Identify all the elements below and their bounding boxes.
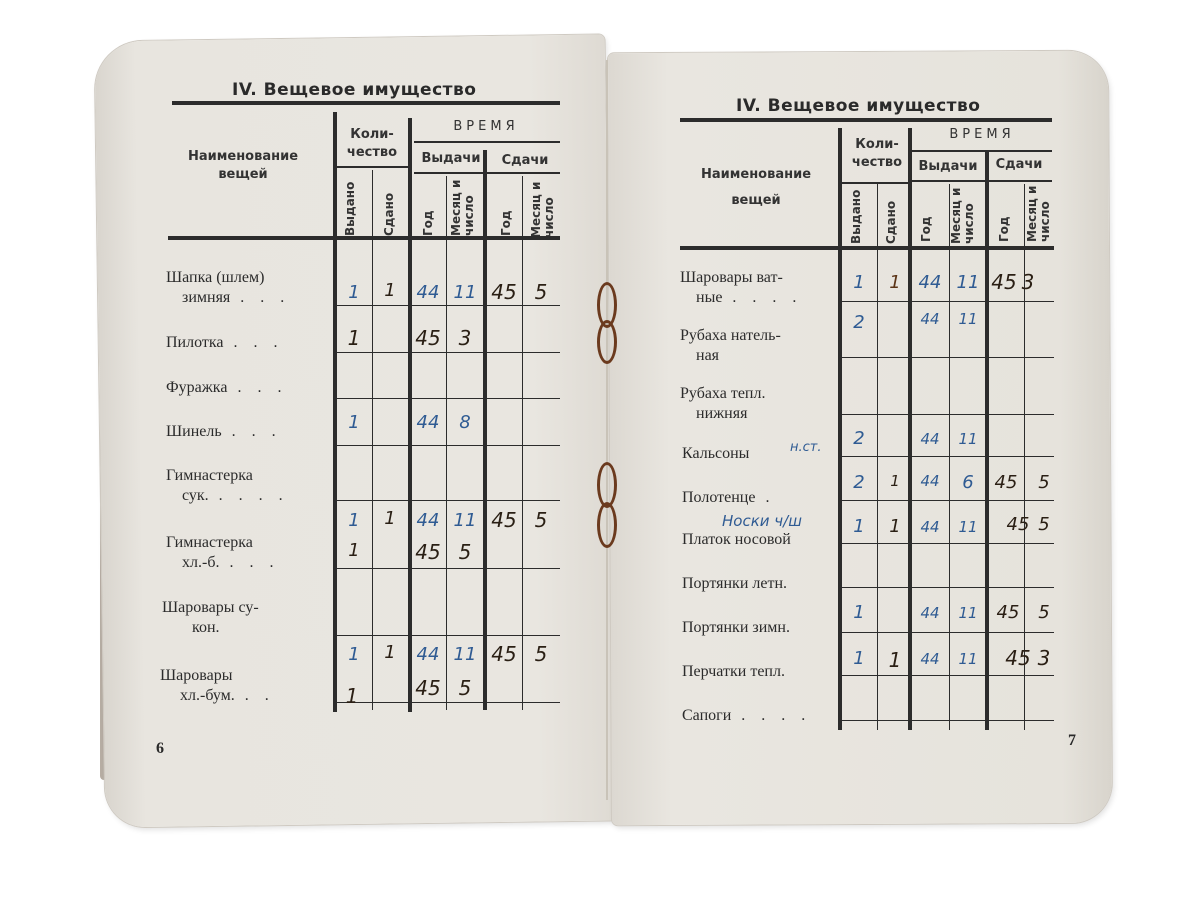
right-header-divider (912, 180, 1052, 182)
left-item-name: Фуражка . . . (166, 378, 287, 397)
right-header-name: Наименование вещей (676, 166, 836, 210)
cell-ret-md: 5 (523, 280, 559, 304)
cell-iss-year: 44 (912, 272, 948, 293)
left-header-ret-year: Год (500, 200, 513, 236)
cell-issued: 1 (841, 602, 877, 623)
left-item-name: сук. . . . . (182, 486, 289, 505)
left-row-line (336, 500, 560, 501)
cell-issued: 2 (841, 312, 877, 333)
cell-iss-md: 5 (447, 540, 483, 564)
right-header-divider (840, 182, 908, 184)
right-header-ret-year: Год (998, 206, 1011, 242)
right-header-returned: Сдано (885, 186, 898, 244)
page-gutter (606, 60, 608, 800)
cell-iss-year: 44 (912, 518, 948, 536)
cell-iss-year: 45 (410, 540, 446, 564)
cell-iss-year: 44 (912, 430, 948, 448)
cell-iss-year: 44 (410, 510, 446, 531)
cell-iss-year: 44 (912, 472, 948, 490)
cell-issued: 1 (336, 326, 372, 350)
cell-ret-md: 3 (1010, 270, 1046, 294)
left-item-name: Шапка (шлем) (166, 268, 264, 287)
right-item-name: ные . . . . (696, 288, 802, 307)
cell-iss-year: 44 (912, 650, 948, 668)
left-header-quantity: Коли- чество (336, 126, 408, 162)
cell-issued: 2 (841, 472, 877, 493)
right-header-divider (912, 150, 1052, 152)
left-col-divider (446, 176, 447, 710)
left-header-divider (336, 166, 408, 168)
cell-iss-md: 8 (447, 412, 483, 433)
cell-issued: 1 (336, 412, 372, 433)
left-header-divider (414, 172, 560, 174)
leader-dots: . . . (230, 289, 290, 306)
right-item-name: Платок носовой (682, 530, 791, 549)
right-section-title: IV. Вещевое имущество (736, 96, 980, 116)
header-name-line1: Наименование (168, 148, 318, 166)
left-row-line (336, 398, 560, 399)
cell-iss-year: 44 (912, 310, 948, 328)
right-col-divider (949, 184, 950, 730)
cell-iss-year: 44 (410, 644, 446, 665)
cell-ret-md: 5 (1026, 602, 1062, 623)
left-header-divider (414, 141, 560, 143)
cell-issued: 1 (841, 272, 877, 293)
right-item-name: Сапоги . . . . (682, 706, 811, 725)
left-item-name: хл.-б. . . . (182, 553, 279, 572)
left-col-divider (483, 150, 487, 710)
right-header-quantity: Коли- чество (846, 136, 908, 172)
left-row-line (336, 635, 560, 636)
right-header-bottom-rule (680, 246, 1054, 250)
cell-returned: 1 (877, 472, 913, 490)
cell-ret-year: 45 (486, 642, 522, 666)
left-row-line (336, 352, 560, 353)
cell-issued: 2 (841, 428, 877, 449)
left-section-title: IV. Вещевое имущество (232, 80, 476, 100)
left-item-name: кон. (192, 618, 220, 637)
cell-iss-md: 11 (447, 644, 483, 665)
left-header-iss-md: Месяц и число (450, 168, 476, 236)
header-quantity-line1: Коли- (336, 126, 408, 144)
left-header-ret-md: Месяц и число (530, 176, 556, 238)
cell-iss-year: 44 (410, 412, 446, 433)
right-header-iss-md: Месяц и число (950, 176, 976, 244)
right-row-line (842, 357, 1054, 358)
right-row-line (842, 632, 1054, 633)
cell-iss-year: 45 (410, 326, 446, 350)
right-item-name: Рубаха тепл. (680, 384, 765, 403)
left-header-return-time: Сдачи (490, 152, 560, 170)
cell-iss-md: 11 (950, 310, 986, 328)
right-row-line (842, 587, 1054, 588)
binding-stitch-upper-icon (597, 320, 617, 364)
right-title-rule (680, 118, 1052, 122)
header-name-line2: вещей (168, 166, 318, 184)
right-item-name: Рубаха натель- (680, 326, 781, 345)
cell-issued: 1 (334, 684, 370, 708)
right-item-name: Кальсоны (682, 444, 749, 463)
left-page-number: 6 (156, 740, 164, 758)
cell-ret-year: 45 (990, 602, 1026, 623)
left-item-name: Шаровары (160, 666, 232, 685)
cell-ret-md: 5 (1026, 514, 1062, 535)
cell-iss-md: 11 (950, 604, 986, 622)
right-item-name: Полотенце . (682, 488, 775, 507)
right-header-issue-time: Выдачи (910, 158, 986, 176)
left-row-line (336, 568, 560, 569)
left-item-name: зимняя . . . (182, 288, 290, 307)
cell-ret-md: 5 (523, 642, 559, 666)
handwritten-note: Носки ч/ш (722, 512, 802, 530)
handwritten-note: н.ст. (790, 440, 821, 455)
right-header-iss-year: Год (920, 206, 933, 242)
right-item-name: Перчатки тепл. (682, 662, 785, 681)
left-header-issued: Выдано (344, 178, 357, 236)
cell-issued: 1 (336, 282, 372, 303)
right-header-time: ВРЕМЯ (912, 126, 1052, 144)
left-item-name: Пилотка . . . (166, 333, 284, 352)
cell-returned: 1 (877, 272, 913, 293)
header-quantity-line2: чество (846, 154, 908, 172)
cell-issued: 1 (336, 510, 372, 531)
left-item-name: Гимнастерка (166, 466, 253, 485)
cell-returned: 1 (372, 508, 408, 529)
left-header-name: Наименование вещей (168, 148, 318, 184)
right-page-number: 7 (1068, 732, 1076, 750)
left-row-line (336, 305, 560, 306)
cell-iss-md: 11 (950, 430, 986, 448)
cell-returned: 1 (877, 648, 913, 672)
left-header-bottom-rule (168, 236, 560, 240)
cell-iss-md: 5 (447, 676, 483, 700)
header-quantity-line2: чество (336, 144, 408, 162)
cell-iss-year: 44 (912, 604, 948, 622)
cell-iss-md: 11 (950, 650, 986, 668)
cell-issued: 1 (841, 648, 877, 669)
left-col-divider (522, 176, 523, 710)
cell-ret-year: 45 (486, 280, 522, 304)
cell-returned: 1 (372, 280, 408, 301)
left-item-name: Гимнастерка (166, 533, 253, 552)
right-row-line (842, 456, 1054, 457)
right-col-divider (908, 128, 912, 730)
cell-ret-md: 5 (523, 508, 559, 532)
cell-ret-year: 45 (486, 508, 522, 532)
right-row-line (842, 301, 1054, 302)
right-item-name: ная (696, 346, 719, 365)
left-header-time: ВРЕМЯ (416, 118, 556, 136)
cell-ret-year: 45 (988, 472, 1024, 493)
cell-issued: 1 (841, 516, 877, 537)
right-item-name: Портянки летн. (682, 574, 787, 593)
cell-iss-md: 6 (950, 472, 986, 493)
left-row-line (336, 445, 560, 446)
left-header-issue-time: Выдачи (412, 150, 490, 168)
left-header-iss-year: Год (422, 200, 435, 236)
right-header-issued: Выдано (850, 186, 863, 244)
right-row-line (842, 720, 1054, 721)
left-title-rule (172, 101, 560, 105)
cell-issued: 1 (336, 540, 372, 561)
cell-iss-year: 45 (410, 676, 446, 700)
header-quantity-line1: Коли- (846, 136, 908, 154)
cell-iss-md: 3 (447, 326, 483, 350)
right-row-line (842, 414, 1054, 415)
right-item-name: Шаровары ват- (680, 268, 783, 287)
header-name-line2: вещей (676, 192, 836, 210)
right-item-name: нижняя (696, 404, 747, 423)
cell-issued: 1 (336, 644, 372, 665)
right-row-line (842, 500, 1054, 501)
right-row-line (842, 543, 1054, 544)
cell-ret-md: 5 (1026, 472, 1062, 493)
right-item-name: Портянки зимн. (682, 618, 790, 637)
left-item-name: Шинель . . . (166, 422, 282, 441)
cell-iss-year: 44 (410, 282, 446, 303)
right-header-return-time: Сдачи (988, 156, 1050, 174)
cell-iss-md: 11 (950, 272, 986, 293)
cell-iss-md: 11 (447, 510, 483, 531)
left-header-returned: Сдано (383, 178, 396, 236)
cell-ret-md: 3 (1026, 646, 1062, 670)
cell-iss-md: 11 (950, 518, 986, 536)
right-row-line (842, 675, 1054, 676)
cell-iss-md: 11 (447, 282, 483, 303)
left-item-name: хл.-бум. . . (180, 686, 275, 705)
cell-returned: 1 (372, 642, 408, 663)
left-item-name: Шаровары су- (162, 598, 259, 617)
left-col-divider (372, 170, 373, 710)
right-header-ret-md: Месяц и число (1026, 184, 1052, 242)
binding-stitch-lower-icon (597, 502, 617, 548)
header-name-line1: Наименование (676, 166, 836, 184)
cell-returned: 1 (877, 516, 913, 537)
